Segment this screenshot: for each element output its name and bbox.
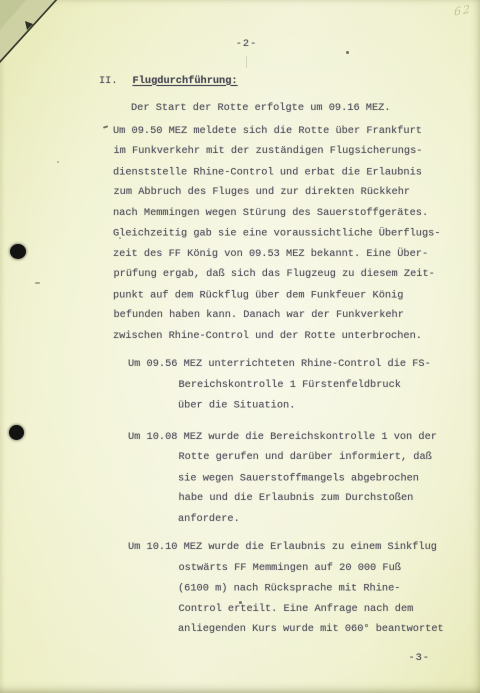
paragraph-line: im Funkverkehr mit der zuständigen Flugs… (114, 141, 480, 162)
paragraph-line: punkt auf dem Rückflug über dem Funkfeue… (113, 285, 480, 306)
section-title: Flugdurchführung: (133, 75, 238, 87)
paragraph: Um 09.50 MEZ meldete sich die Rotte über… (113, 121, 480, 347)
paragraph: Um 10.08 MEZ wurde die Bereichskontrolle… (128, 427, 480, 530)
paragraph: Um 10.10 MEZ wurde die Erlaubnis zu eine… (128, 537, 480, 640)
paragraph-line: anfordere. (178, 509, 480, 530)
paragraph-line: prüfung ergab, daß sich das Flugzeug zu … (114, 264, 480, 285)
paragraph-line: nach Memmingen wegen Stürung des Sauerst… (113, 203, 480, 224)
paragraph-line: zwischen Rhine-Control und der Rotte unt… (113, 326, 480, 347)
paragraph-line: Um 09.56 MEZ unterrichteten Rhine-Contro… (128, 354, 480, 375)
paragraph-line: befunden haben kann. Danach war der Funk… (114, 305, 480, 326)
paragraph-line: Der Start der Rotte erfolgte um 09.16 ME… (131, 98, 480, 119)
paragraph: Um 09.56 MEZ unterrichteten Rhine-Contro… (128, 354, 480, 416)
paragraph-line: (6100 m) nach Rücksprache mit Rhine- (178, 578, 480, 599)
paragraph-line: zeit des FF König von 09.53 MEZ bekannt.… (113, 244, 480, 265)
paragraph-line: Gleichzeitig gab sie eine voraussichtlic… (113, 223, 480, 244)
paragraph-line: über die Situation. (178, 395, 480, 416)
body-paragraphs: Der Start der Rotte erfolgte um 09.16 ME… (0, 98, 480, 640)
scanned-document-page: { "document": { "page_number_top": "-2-"… (0, 0, 480, 693)
paragraph-line: habe und die Erlaubnis zum Durchstoßen (179, 488, 480, 509)
paragraph-line: Um 10.08 MEZ wurde die Bereichskontrolle… (128, 427, 480, 448)
paragraph-line: dienststelle Rhine-Control und erbat die… (113, 162, 480, 183)
typed-page-content: -2- II.Flugdurchführung: Der Start der R… (0, 0, 480, 668)
paragraph-line: Control erteilt. Eine Anfrage nach dem (179, 599, 480, 620)
page-number-top: -2- (0, 34, 480, 55)
paragraph-line: Bereichskontrolle 1 Fürstenfeldbruck (179, 375, 480, 396)
paragraph: Der Start der Rotte erfolgte um 09.16 ME… (131, 98, 480, 119)
paragraph-line: Rotte gerufen und darüber informiert, da… (179, 447, 480, 468)
paragraph-line: anliegenden Kurs wurde mit 060° beantwor… (178, 619, 480, 640)
paragraph-line: sie wegen Sauerstoffmangels abgebrochen (178, 468, 480, 489)
paragraph-line: Um 09.50 MEZ meldete sich die Rotte über… (113, 121, 480, 142)
section-heading: II.Flugdurchführung: (99, 71, 480, 92)
page-number-bottom: -3- (0, 648, 480, 669)
paragraph-line: Um 10.10 MEZ wurde die Erlaubnis zu eine… (128, 537, 480, 558)
section-number: II. (99, 75, 118, 87)
paragraph-line: ostwärts FF Memmingen auf 20 000 Fuß (179, 558, 480, 579)
paragraph-line: zum Abbruch des Fluges und zur direkten … (114, 182, 480, 203)
